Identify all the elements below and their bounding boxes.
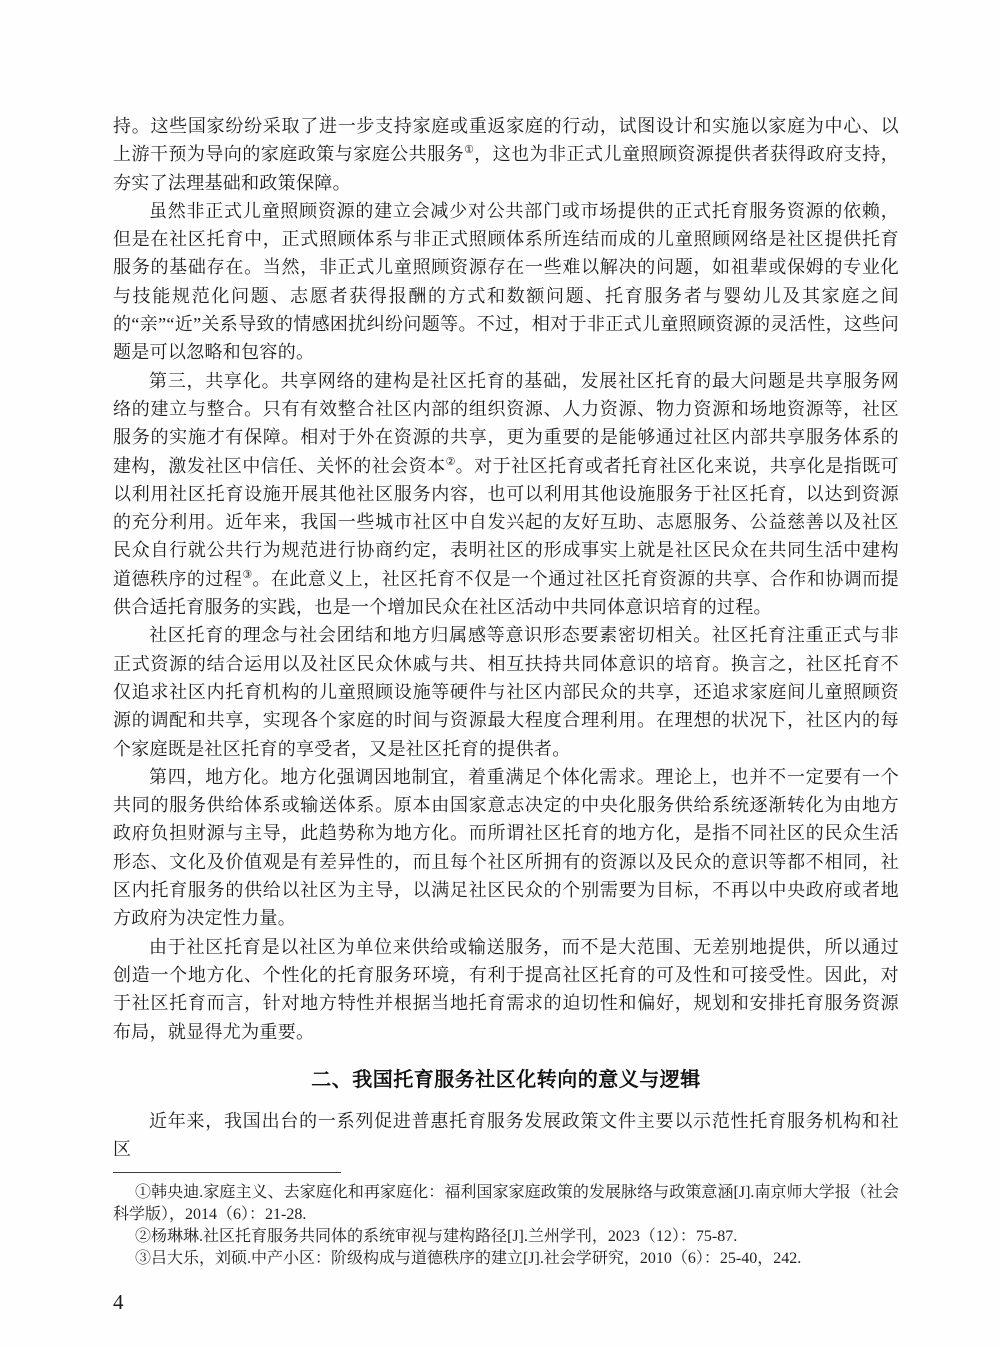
body-paragraphs: 持。这些国家纷纷采取了进一步支持家庭或重返家庭的行动，试图设计和实施以家庭为中心… xyxy=(113,112,899,1046)
intro-paragraph: 近年来，我国出台的一系列促进普惠托育服务发展政策文件主要以示范性托育服务机构和社… xyxy=(113,1107,899,1164)
paragraph: 第三，共享化。共享网络的建构是社区托育的基础，发展社区托育的最大问题是共享服务网… xyxy=(113,367,899,622)
paragraph: 社区托育的理念与社会团结和地方归属感等意识形态要素密切相关。社区托育注重正式与非… xyxy=(113,621,899,762)
page-number: 4 xyxy=(113,1289,899,1315)
paragraph: 持。这些国家纷纷采取了进一步支持家庭或重返家庭的行动，试图设计和实施以家庭为中心… xyxy=(113,112,899,197)
paragraph: 由于社区托育是以社区为单位来供给或输送服务，而不是大范围、无差别地提供，所以通过… xyxy=(113,933,899,1046)
footnote-ref: ③ xyxy=(242,569,252,581)
footnote-ref: ① xyxy=(464,144,474,156)
paragraph: 虽然非正式儿童照顾资源的建立会减少对公共部门或市场提供的正式托育服务资源的依赖，… xyxy=(113,197,899,367)
footnotes: ①韩央迪.家庭主义、去家庭化和再家庭化：福利国家家庭政策的发展脉络与政策意涵[J… xyxy=(113,1182,899,1270)
footnote-separator xyxy=(113,1172,341,1173)
footnote-ref: ② xyxy=(446,456,456,468)
footnote-item: ③吕大乐，刘硕.中产小区：阶级构成与道德秩序的建立[J].社会学研究，2010（… xyxy=(113,1248,899,1270)
footnote-item: ②杨琳琳.社区托育服务共同体的系统审视与建构路径[J].兰州学刊，2023（12… xyxy=(113,1226,899,1248)
footnote-item: ①韩央迪.家庭主义、去家庭化和再家庭化：福利国家家庭政策的发展脉络与政策意涵[J… xyxy=(113,1182,899,1226)
section-heading: 二、我国托育服务社区化转向的意义与逻辑 xyxy=(113,1065,899,1095)
paragraph: 第四，地方化。地方化强调因地制宜，着重满足个体化需求。理论上，也并不一定要有一个… xyxy=(113,763,899,933)
document-page: 持。这些国家纷纷采取了进一步支持家庭或重返家庭的行动，试图设计和实施以家庭为中心… xyxy=(0,0,1000,1347)
